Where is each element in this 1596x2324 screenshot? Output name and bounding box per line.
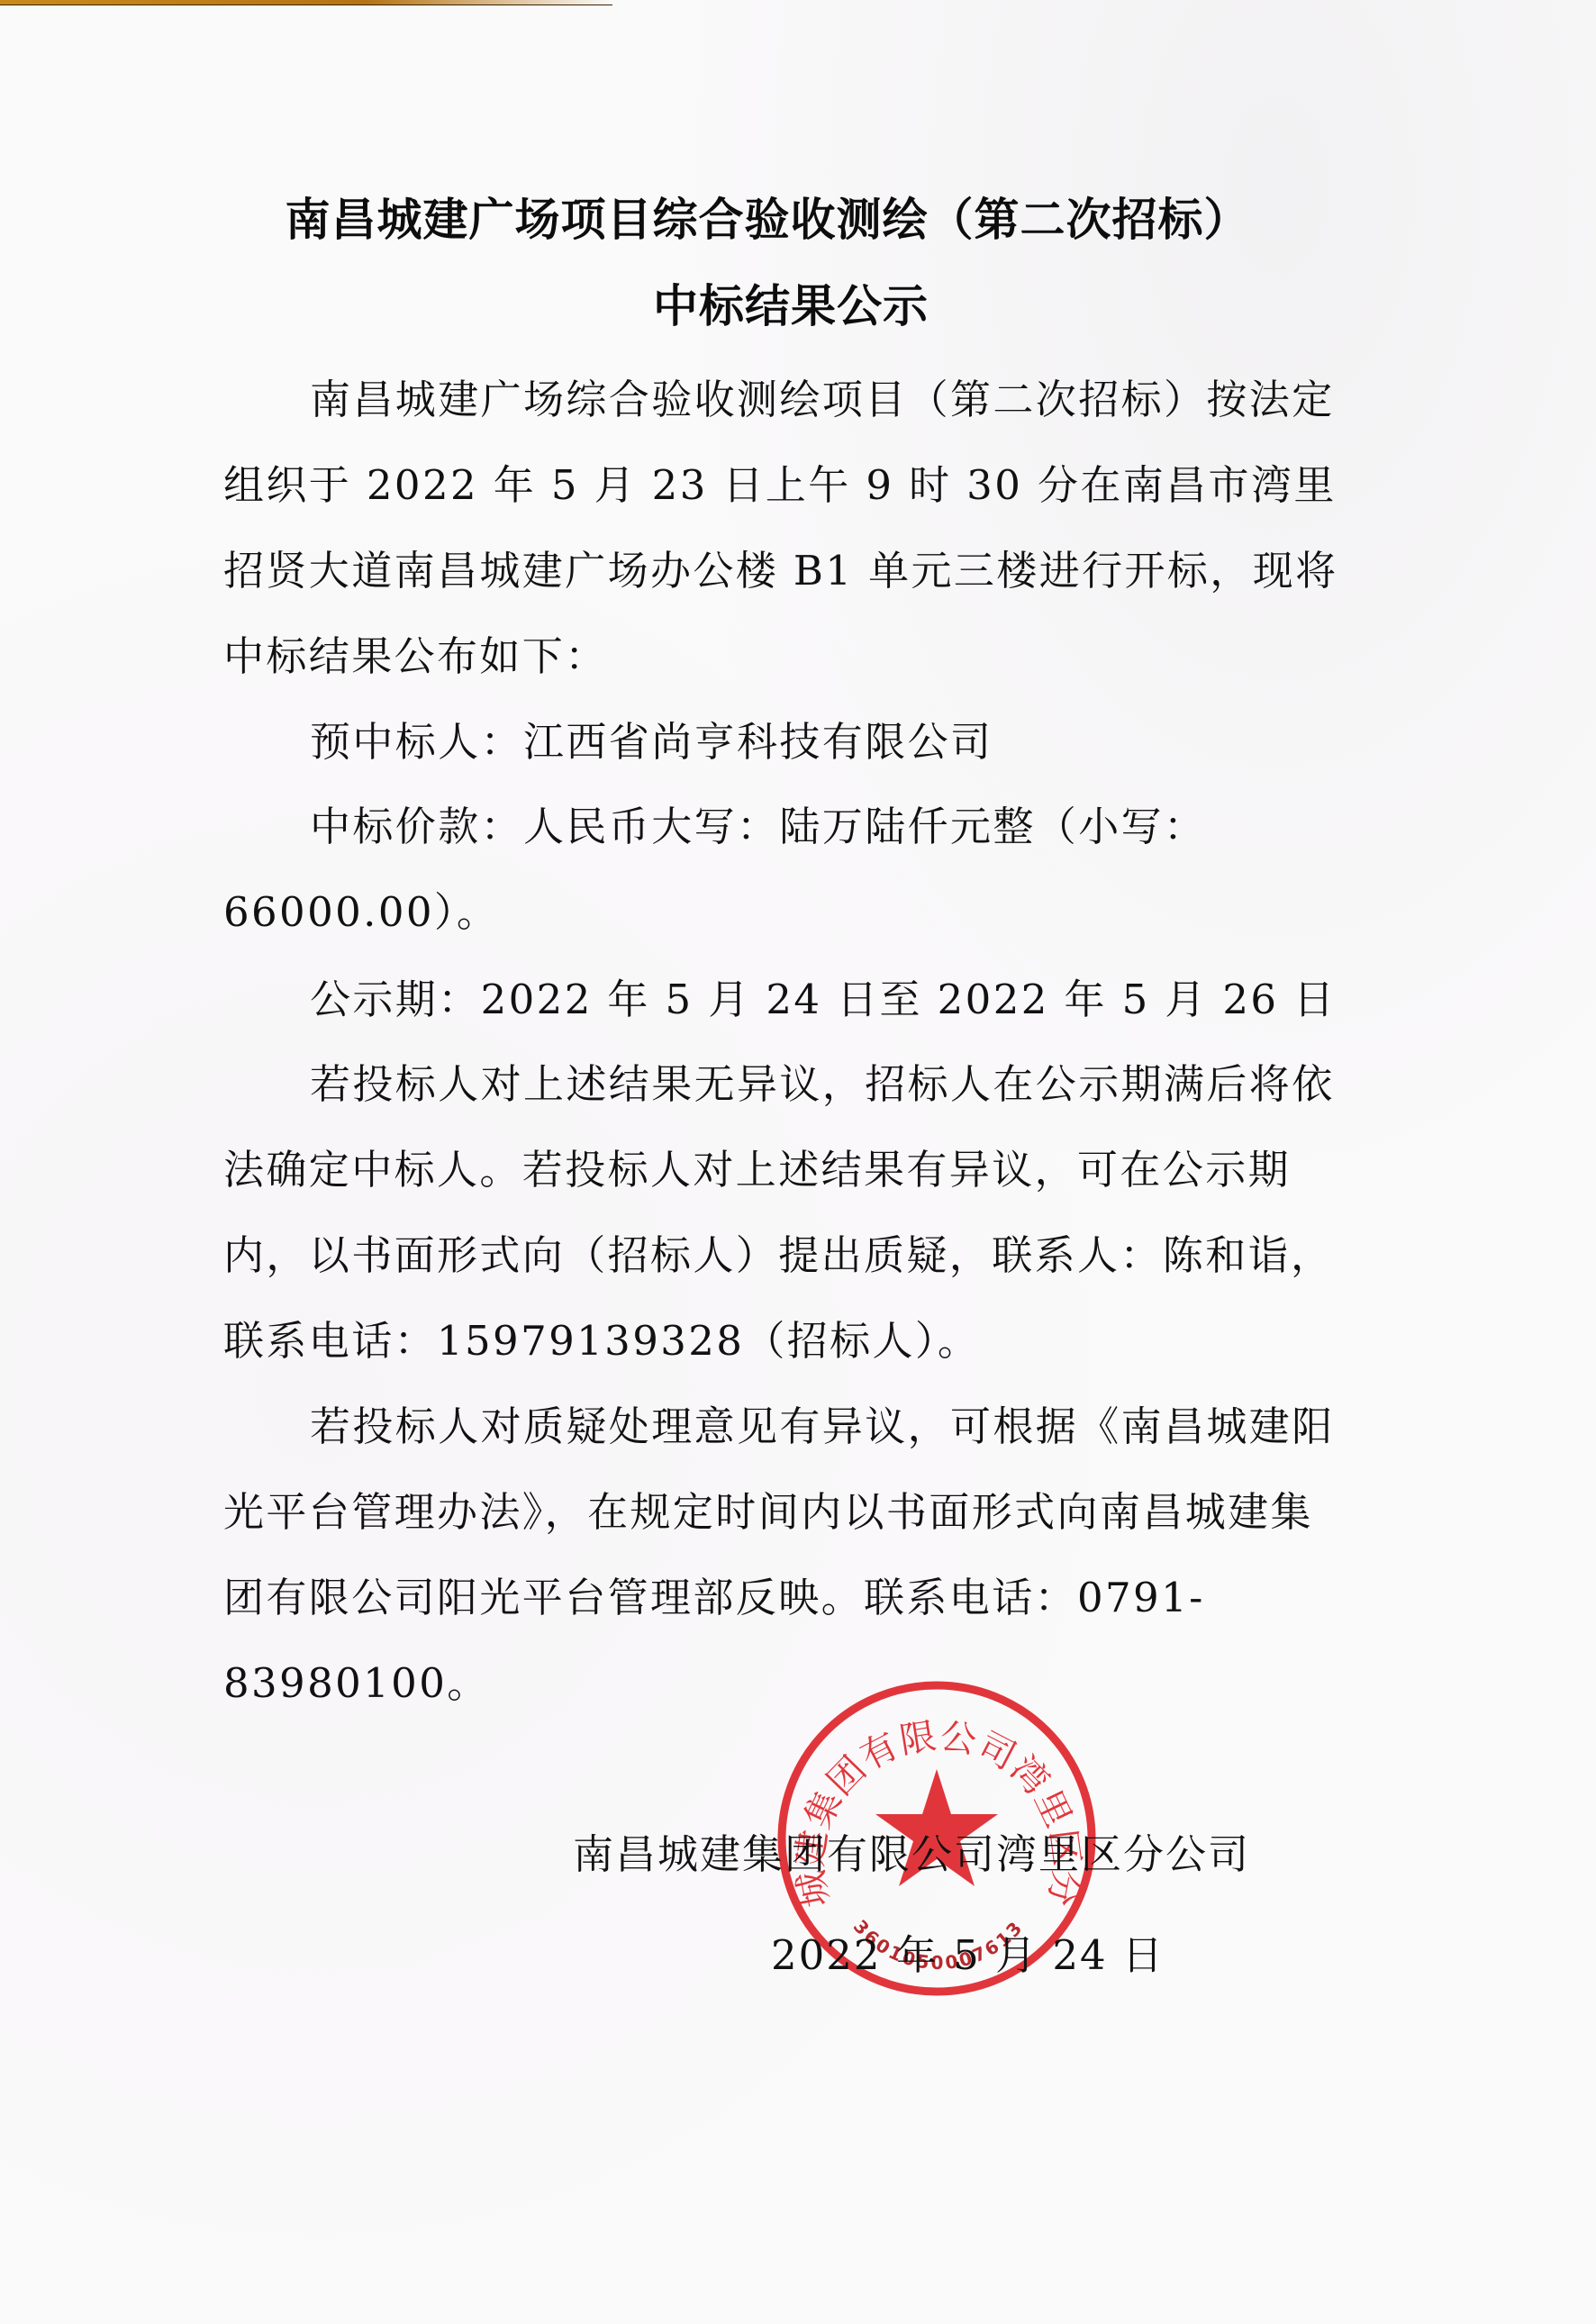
paragraph-appeal: 若投标人对质疑处理意见有异议，可根据《南昌城建阳光平台管理办法》，在规定时间内以… <box>223 1384 1351 1726</box>
scan-edge-strip <box>0 0 612 5</box>
signature-organization: 南昌城建集团有限公司湾里区分公司 <box>573 1823 1250 1886</box>
appeal-text: 若投标人对质疑处理意见有异议，可根据《南昌城建阳光平台管理办法》，在规定时间内以… <box>223 1384 1351 1726</box>
period-text: 公示期：2022 年 5 月 24 日至 2022 年 5 月 26 日 <box>223 957 1351 1042</box>
document-subtitle: 中标结果公示 <box>0 279 1589 333</box>
paragraph-objection: 若投标人对上述结果无异议，招标人在公示期满后将依法确定中标人。若投标人对上述结果… <box>223 1041 1351 1384</box>
paragraph-price: 中标价款：人民币大写：陆万陆仟元整（小写：66000.00）。 <box>223 784 1351 955</box>
price-text: 中标价款：人民币大写：陆万陆仟元整（小写：66000.00）。 <box>223 784 1351 955</box>
signature-date: 2022 年 5 月 24 日 <box>771 1924 1165 1987</box>
objection-text: 若投标人对上述结果无异议，招标人在公示期满后将依法确定中标人。若投标人对上述结果… <box>223 1041 1351 1384</box>
paragraph-intro: 南昌城建广场综合验收测绘项目（第二次招标）按法定组织于 2022 年 5 月 2… <box>223 357 1351 699</box>
intro-text: 南昌城建广场综合验收测绘项目（第二次招标）按法定组织于 2022 年 5 月 2… <box>223 357 1351 699</box>
paragraph-period: 公示期：2022 年 5 月 24 日至 2022 年 5 月 26 日 <box>223 957 1351 1042</box>
paragraph-winner: 预中标人：江西省尚亨科技有限公司 <box>223 699 1351 785</box>
winner-text: 预中标人：江西省尚亨科技有限公司 <box>223 699 1351 785</box>
document-title: 南昌城建广场项目综合验收测绘（第二次招标） <box>0 193 1565 247</box>
